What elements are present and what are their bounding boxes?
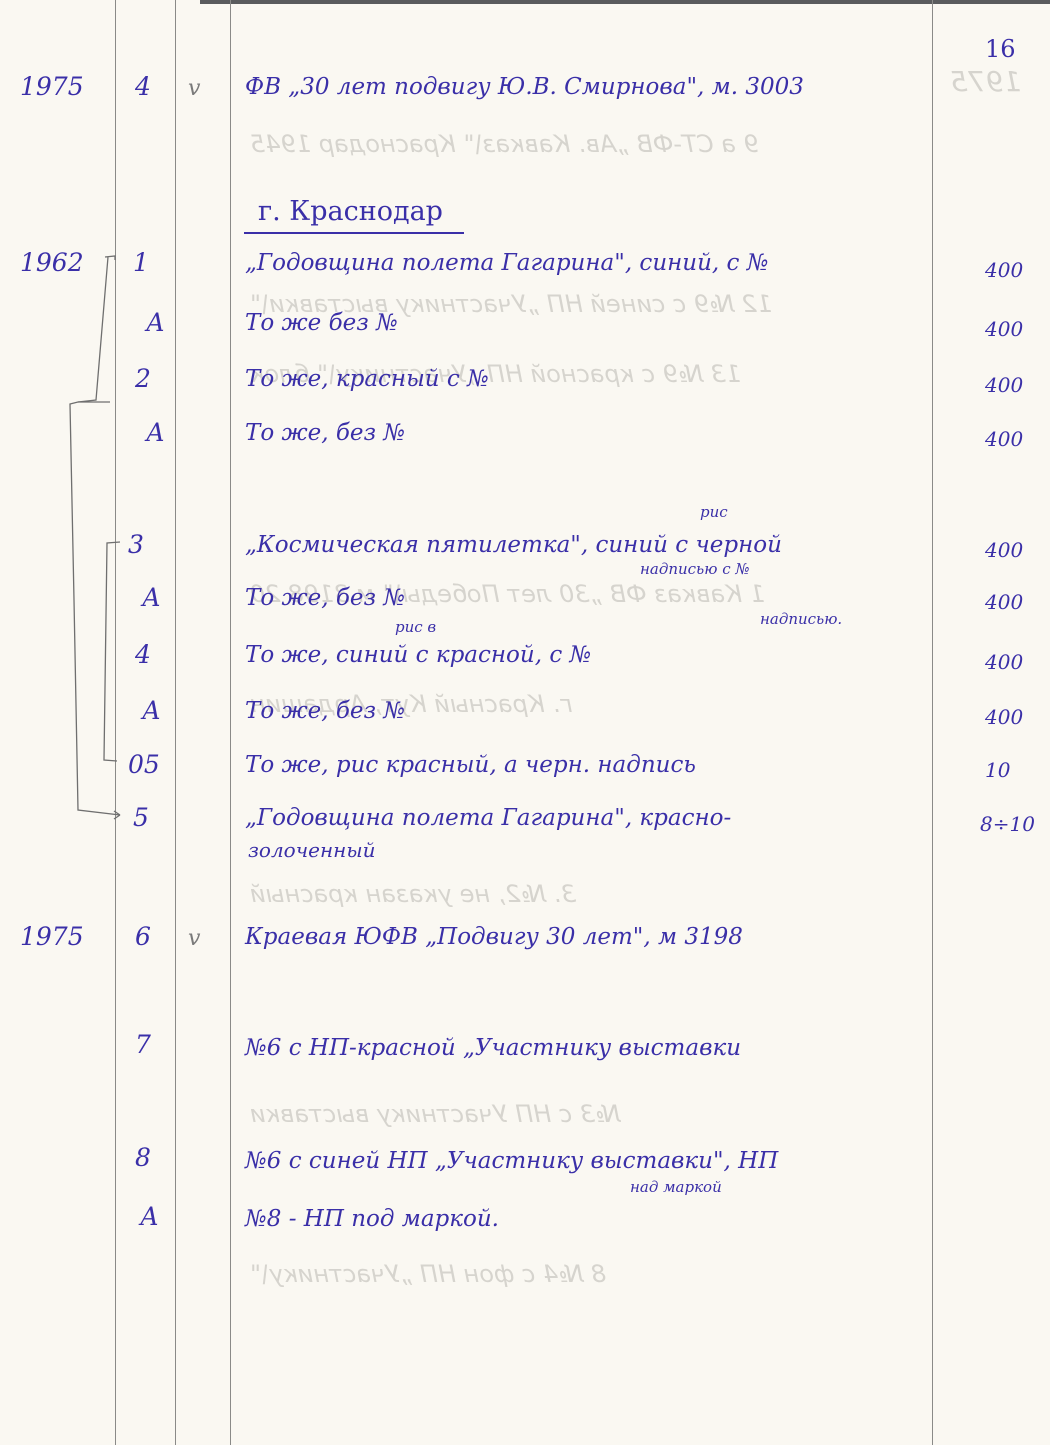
entry-year: 1975 <box>20 922 84 951</box>
entry-year: 1962 <box>20 248 84 277</box>
show-through-text: 9 а СТ-ФВ „Ав. Кавказ\" Краснодар 1945 <box>250 130 759 158</box>
show-through-text: №3 с НП Участнику выставки <box>250 1100 620 1128</box>
entry-value: 400 <box>985 317 1023 341</box>
entry-description: №8 - НП под маркой. <box>245 1206 499 1232</box>
entry-number: А <box>140 1202 159 1231</box>
entry-number: 7 <box>135 1030 151 1059</box>
entry-number: А <box>142 696 161 725</box>
entry-description: „Годовщина полета Гагарина", красно- <box>245 805 731 831</box>
entry-description: То же, синий с красной, с № <box>245 642 591 668</box>
entry-value: 400 <box>985 590 1023 614</box>
entry-value: 400 <box>985 258 1023 282</box>
entry-number: 3 <box>128 530 144 559</box>
show-through-text: 1975 <box>950 65 1021 98</box>
entry-annotation: рис <box>700 503 728 521</box>
entry-number: 4 <box>135 640 151 669</box>
entry-number: 6 <box>135 922 151 951</box>
entry-description: „Космическая пятилетка", синий с черной <box>245 532 782 558</box>
entry-description: То же, без № <box>245 698 405 724</box>
entry-value: 400 <box>985 373 1023 397</box>
entry-description: Краевая ЮФВ „Подвигу 30 лет", м 3198 <box>245 924 743 950</box>
entry-number: 2 <box>135 364 151 393</box>
show-through-text: 8 №4 с фон НП „Участнику\" <box>250 1260 606 1288</box>
scan-top-edge <box>200 0 1050 4</box>
entry-value: 8÷10 <box>980 812 1035 836</box>
show-through-text: 3. №2, не указан красный <box>250 880 576 908</box>
entry-value: 400 <box>985 650 1023 674</box>
entry-number: 1 <box>133 248 149 277</box>
entry-annotation: рис в <box>395 618 436 636</box>
entry-number: А <box>146 308 165 337</box>
entry-number: 8 <box>135 1143 151 1172</box>
entry-description: То же без № <box>245 310 398 336</box>
entry-number: 5 <box>133 803 149 832</box>
entry-description: То же, без № <box>245 420 405 446</box>
entry-value: 400 <box>985 705 1023 729</box>
entry-description: То же, рис красный, а черн. надпись <box>245 752 696 778</box>
column-rule-4 <box>932 0 933 1445</box>
entry-value: 10 <box>985 758 1010 782</box>
entry-value: 400 <box>985 538 1023 562</box>
entry-description: №6 с НП-красной „Участнику выставки <box>245 1035 741 1061</box>
entry-number: А <box>142 583 161 612</box>
entry-description: То же, красный с № <box>245 366 489 392</box>
page-number: 16 <box>985 35 1016 63</box>
entry-annotation: надписью. <box>760 610 842 628</box>
entry-description-continued: золоченный <box>248 838 376 862</box>
check-mark-icon: v <box>188 926 200 951</box>
section-heading: г. Краснодар <box>258 196 443 227</box>
entry-value: 400 <box>985 427 1023 451</box>
entry-description: ФВ „30 лет подвигу Ю.В. Смирнова", м. 30… <box>245 74 804 100</box>
entry-number: А <box>146 418 165 447</box>
grouping-bracket-icon <box>0 0 240 900</box>
entry-number: 05 <box>128 750 160 779</box>
entry-description: То же, без № <box>245 585 405 611</box>
heading-underline <box>244 232 464 234</box>
entry-annotation: надписью с № <box>640 560 750 578</box>
entry-description: „Годовщина полета Гагарина", синий, с № <box>245 250 769 276</box>
entry-description: №6 с синей НП „Участнику выставки", НП <box>245 1148 778 1174</box>
entry-annotation: над маркой <box>630 1178 722 1196</box>
